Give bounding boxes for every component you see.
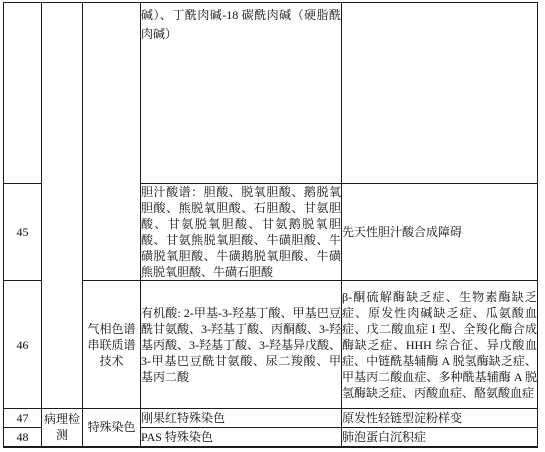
table-row-47: 47 病理检测 特殊染色 刚果红特殊染色 原发性轻链型淀粉样变 bbox=[4, 409, 538, 428]
row-number-cell bbox=[4, 3, 42, 184]
disease-cell: 肺泡蛋白沉积症 bbox=[342, 428, 538, 447]
row-number-cell: 47 bbox=[4, 409, 42, 428]
disease-cell: 先天性胆汁酸合成障碍 bbox=[342, 184, 538, 281]
table-row-continuation: 碱）、丁酰肉碱-18 碳酰肉碱（硬脂酰肉碱） bbox=[4, 3, 538, 184]
category-cell bbox=[42, 3, 83, 409]
test-content-cell: 刚果红特殊染色 bbox=[141, 409, 342, 428]
method-cell bbox=[83, 3, 141, 281]
row-number-cell: 45 bbox=[4, 184, 42, 281]
test-content-cell: PAS 特殊染色 bbox=[141, 428, 342, 447]
method-cell: 特殊染色 bbox=[83, 409, 141, 447]
disease-cell bbox=[342, 3, 538, 184]
test-content-cell: 胆汁酸谱：胆酸、脱氧胆酸、鹅脱氧胆酸、熊脱氧胆酸、石胆酸、甘氨胆酸、甘氨脱氧胆酸… bbox=[141, 184, 342, 281]
row-number-cell: 48 bbox=[4, 428, 42, 447]
table-row-46: 46 气相色谱串联质谱技术 有机酸: 2-甲基-3-羟基丁酸、甲基巴豆酰甘氨酸、… bbox=[4, 281, 538, 409]
method-cell: 气相色谱串联质谱技术 bbox=[83, 281, 141, 409]
medical-test-table: 碱）、丁酰肉碱-18 碳酰肉碱（硬脂酰肉碱） 45 胆汁酸谱：胆酸、脱氧胆酸、鹅… bbox=[3, 2, 538, 448]
test-content-cell: 碱）、丁酰肉碱-18 碳酰肉碱（硬脂酰肉碱） bbox=[141, 3, 342, 184]
category-cell: 病理检测 bbox=[42, 409, 83, 447]
row-number-cell: 46 bbox=[4, 281, 42, 409]
disease-cell: β-酮硫解酶缺乏症、生物素酶缺乏症、原发性肉碱缺乏症、瓜氨酸血症、戊二酸血症 I… bbox=[342, 281, 538, 409]
disease-cell: 原发性轻链型淀粉样变 bbox=[342, 409, 538, 428]
document-page: 碱）、丁酰肉碱-18 碳酰肉碱（硬脂酰肉碱） 45 胆汁酸谱：胆酸、脱氧胆酸、鹅… bbox=[0, 0, 545, 452]
test-content-cell: 有机酸: 2-甲基-3-羟基丁酸、甲基巴豆酰甘氨酸、3-羟基丁酸、丙酮酸、3-羟… bbox=[141, 281, 342, 409]
